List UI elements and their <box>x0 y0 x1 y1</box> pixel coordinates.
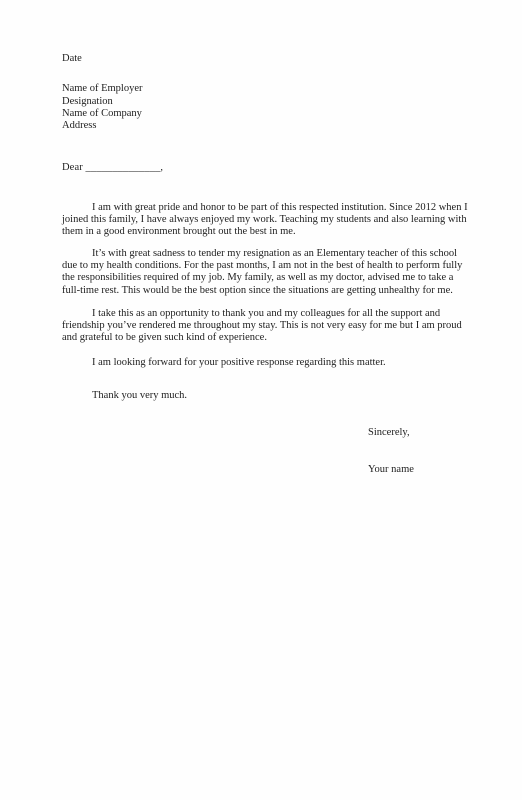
signature-name: Your name <box>368 464 474 476</box>
paragraph-thanks-colleagues: I take this as an opportunity to thank y… <box>62 308 474 345</box>
recipient-line-employer: Name of Employer <box>62 83 474 95</box>
recipient-block: Name of Employer Designation Name of Com… <box>62 83 474 132</box>
paragraph-looking-forward: I am looking forward for your positive r… <box>62 357 474 369</box>
paragraph-pride: I am with great pride and honor to be pa… <box>62 202 474 239</box>
recipient-line-address: Address <box>62 120 474 132</box>
letter-page: Date Name of Employer Designation Name o… <box>0 0 522 800</box>
date-line: Date <box>62 53 474 65</box>
signoff: Sincerely, <box>368 427 474 439</box>
salutation: Dear ______________, <box>62 162 474 174</box>
recipient-line-designation: Designation <box>62 96 474 108</box>
recipient-line-company: Name of Company <box>62 108 474 120</box>
paragraph-resignation: It’s with great sadness to tender my res… <box>62 248 474 297</box>
thanks-line: Thank you very much. <box>62 390 474 402</box>
